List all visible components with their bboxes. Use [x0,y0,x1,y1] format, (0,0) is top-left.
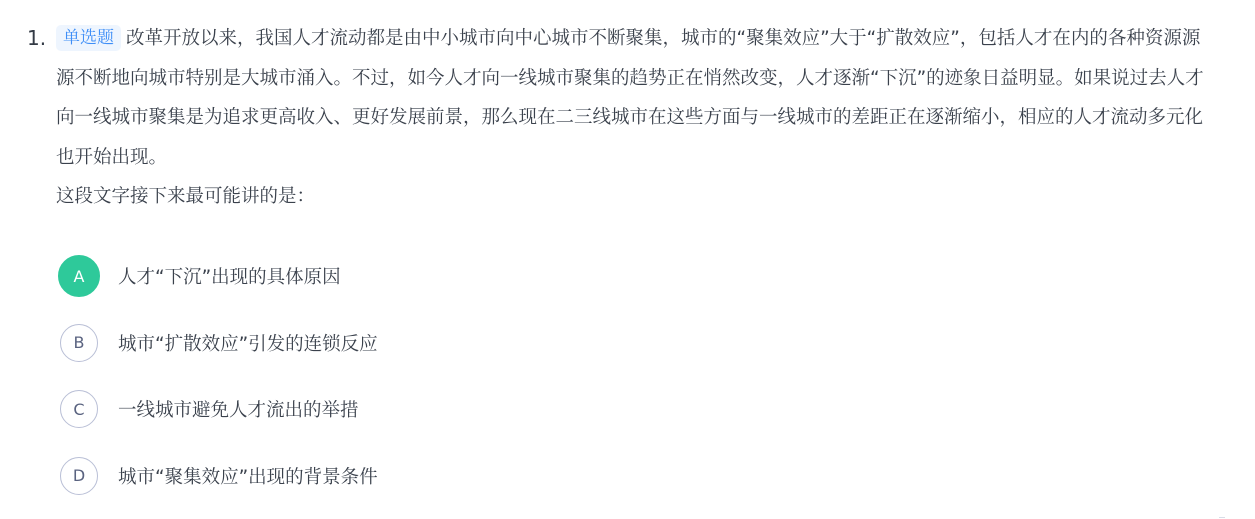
option-a-text[interactable]: 人才“下沉”出现的具体原因 [118,263,341,289]
scroll-indicator [1219,517,1225,518]
option-a[interactable]: A 人才“下沉”出现的具体原因 [60,255,378,297]
option-b-text[interactable]: 城市“扩散效应”引发的连锁反应 [118,330,378,356]
option-d-text[interactable]: 城市“聚集效应”出现的背景条件 [118,463,378,489]
question-stem-text: 改革开放以来，我国人才流动都是由中小城市向中心城市不断聚集，城市的“聚集效应”大… [56,28,1204,168]
option-c-letter-circle[interactable]: C [60,390,98,428]
option-b-letter-circle[interactable]: B [60,324,98,362]
option-c-text[interactable]: 一线城市避免人才流出的举措 [118,396,359,422]
option-a-letter-circle[interactable]: A [58,255,100,297]
option-d-letter-circle[interactable]: D [60,457,98,495]
question-type-badge: 单选题 [56,25,121,51]
question-number: 1. [27,23,46,53]
option-b[interactable]: B 城市“扩散效应”引发的连锁反应 [60,322,378,364]
question-stem: 单选题改革开放以来，我国人才流动都是由中小城市向中心城市不断聚集，城市的“聚集效… [56,19,1206,217]
option-c[interactable]: C 一线城市避免人才流出的举措 [60,388,378,430]
question-prompt: 这段文字接下来最可能讲的是： [56,177,1206,217]
options-list: A 人才“下沉”出现的具体原因 B 城市“扩散效应”引发的连锁反应 C 一线城市… [60,255,378,519]
option-d[interactable]: D 城市“聚集效应”出现的背景条件 [60,455,378,497]
